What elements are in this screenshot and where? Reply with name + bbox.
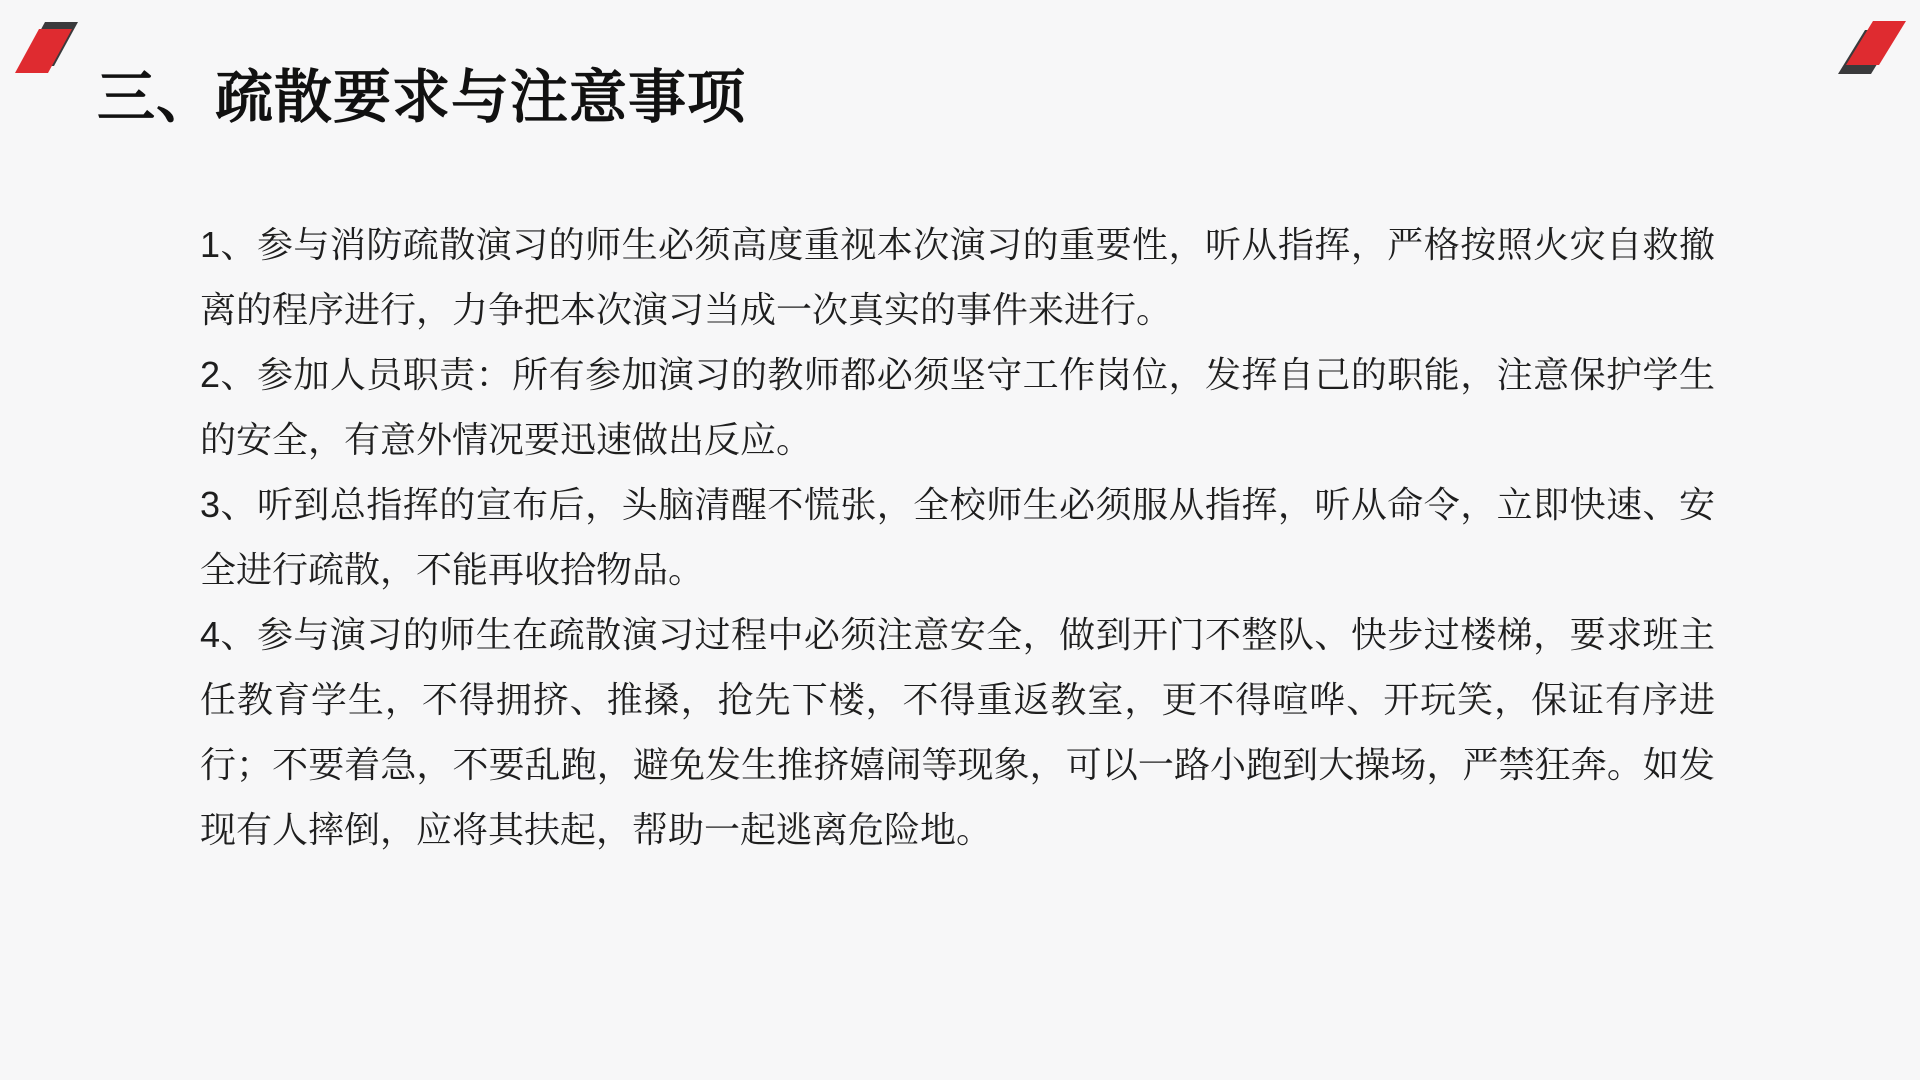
corner-slash-icon: [15, 21, 79, 73]
slide-body: 1、参与消防疏散演习的师生必须高度重视本次演习的重要性，听从指挥，严格按照火灾自…: [200, 212, 1715, 862]
body-paragraph-2: 2、参加人员职责：所有参加演习的教师都必须坚守工作岗位，发挥自己的职能，注意保护…: [200, 342, 1715, 472]
presentation-slide: 三、疏散要求与注意事项 1、参与消防疏散演习的师生必须高度重视本次演习的重要性，…: [0, 0, 1920, 1080]
slide-title: 三、疏散要求与注意事项: [97, 62, 746, 135]
body-paragraph-3: 3、听到总指挥的宣布后，头脑清醒不慌张，全校师生必须服从指挥，听从命令，立即快速…: [200, 472, 1715, 602]
body-paragraph-1: 1、参与消防疏散演习的师生必须高度重视本次演习的重要性，听从指挥，严格按照火灾自…: [200, 212, 1715, 342]
body-paragraph-4: 4、参与演习的师生在疏散演习过程中必须注意安全，做到开门不整队、快步过楼梯，要求…: [200, 602, 1715, 862]
corner-slash-icon: [1828, 20, 1908, 76]
